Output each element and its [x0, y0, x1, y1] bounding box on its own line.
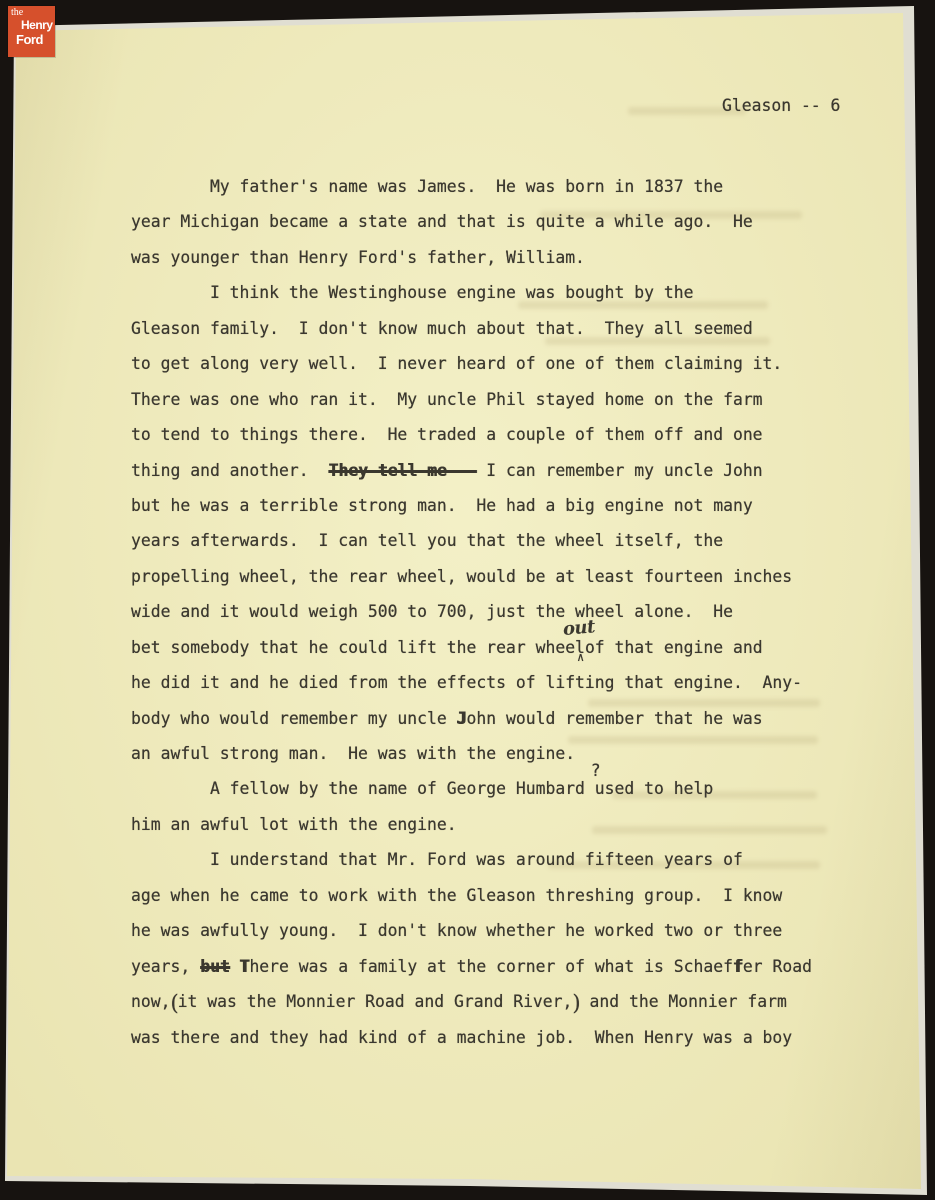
typed-text: propelling wheel, the rear wheel, would … — [131, 567, 792, 586]
typed-line: years, but There was a family at the cor… — [131, 949, 831, 984]
typed-line: he did it and he died from the effects o… — [131, 665, 831, 700]
typed-text: to get along very well. I never heard of… — [131, 354, 782, 373]
typed-line: age when he came to work with the Gleaso… — [131, 878, 831, 913]
typed-text: body who would remember my uncle — [131, 709, 457, 728]
typed-line: My father's name was James. He was born … — [131, 169, 831, 204]
typed-text: to tend to things there. He traded a cou… — [131, 425, 763, 444]
typed-text: ohn would remember that he was — [467, 709, 763, 728]
handwritten-paren: ) — [572, 991, 579, 1015]
page-header: Gleason -- 6 — [722, 96, 840, 115]
typed-text: wide and it would weigh 500 to 700, just… — [131, 602, 733, 621]
typed-text: A fellow by the name of George Humbard — [131, 779, 595, 798]
henry-ford-logo: the Henry Ford — [8, 6, 55, 57]
typed-text: he did it and he died from the effects o… — [131, 673, 802, 692]
typed-line: There was one who ran it. My uncle Phil … — [131, 382, 831, 417]
typed-text: now, — [131, 992, 170, 1011]
typed-line: but he was a terrible strong man. He had… — [131, 488, 831, 523]
typed-text: was younger than Henry Ford's father, Wi… — [131, 248, 585, 267]
typed-text: of that engine and — [585, 638, 763, 657]
typed-line: thing and another. They tell me -- I can… — [131, 453, 831, 488]
typed-line: was there and they had kind of a machine… — [131, 1020, 831, 1055]
typed-text: he was awfully young. I don't know wheth… — [131, 921, 782, 940]
typed-text: thing and another. — [131, 461, 328, 480]
typed-text: it was the Monnier Road and Grand River, — [178, 992, 573, 1011]
typed-line: year Michigan became a state and that is… — [131, 204, 831, 239]
logo-text-the: the — [11, 7, 23, 18]
typed-line: bet somebody that he could lift the rear… — [131, 630, 831, 665]
logo-text-henry: Henry — [21, 18, 53, 32]
overstruck-char: T — [240, 957, 250, 976]
typed-text: and the Monnier farm — [580, 992, 787, 1011]
struck-text: but — [200, 957, 230, 976]
typed-text: an awful strong man. He was with the eng… — [131, 744, 575, 763]
typed-line: propelling wheel, the rear wheel, would … — [131, 559, 831, 594]
typed-line: to tend to things there. He traded a cou… — [131, 417, 831, 452]
overstruck-char: J — [457, 709, 467, 728]
typed-text: My father's name was James. He was born … — [131, 177, 723, 196]
typescript-body: My father's name was James. He was born … — [131, 169, 831, 1055]
typed-text: year Michigan became a state and that is… — [131, 212, 753, 231]
document-page: Gleason -- 6 My father's name was James.… — [0, 0, 935, 1200]
typed-line: an awful strong man. He was with the eng… — [131, 736, 831, 771]
typed-line: now,(it was the Monnier Road and Grand R… — [131, 984, 831, 1019]
typed-text: him an awful lot with the engine. — [131, 815, 457, 834]
typed-text: er Road — [743, 957, 812, 976]
typed-text — [230, 957, 240, 976]
typed-text: I think the Westinghouse engine was boug… — [131, 283, 693, 302]
typed-line: I understand that Mr. Ford was around fi… — [131, 842, 831, 877]
struck-text: They tell me -- — [328, 461, 476, 480]
typed-line: body who would remember my uncle John wo… — [131, 701, 831, 736]
typed-text: but he was a terrible strong man. He had… — [131, 496, 753, 515]
typed-text: years, — [131, 957, 200, 976]
typed-text: Gleason family. I don't know much about … — [131, 319, 753, 338]
overstruck-char: f — [733, 957, 743, 976]
typed-text: age when he came to work with the Gleaso… — [131, 886, 782, 905]
typed-line: years afterwards. I can tell you that th… — [131, 523, 831, 558]
typed-line: him an awful lot with the engine. — [131, 807, 831, 842]
logo-text-ford: Ford — [16, 32, 43, 47]
typed-line: Gleason family. I don't know much about … — [131, 311, 831, 346]
typed-line: A fellow by the name of George Humbard ?… — [131, 771, 831, 806]
typed-text: used to help — [595, 779, 713, 798]
typed-text: was there and they had kind of a machine… — [131, 1028, 792, 1047]
typed-text: I can remember my uncle John — [476, 461, 762, 480]
handwritten-paren: ( — [170, 991, 177, 1015]
typed-line: I think the Westinghouse engine was boug… — [131, 275, 831, 310]
typed-line: he was awfully young. I don't know wheth… — [131, 913, 831, 948]
typed-line: was younger than Henry Ford's father, Wi… — [131, 240, 831, 275]
typed-line: wide and it would weigh 500 to 700, just… — [131, 594, 831, 629]
typed-line: to get along very well. I never heard of… — [131, 346, 831, 381]
typed-text: bet somebody that he could lift the rear… — [131, 638, 585, 657]
typed-text: I understand that Mr. Ford was around fi… — [131, 850, 743, 869]
typed-text: here was a family at the corner of what … — [249, 957, 733, 976]
typed-text: years afterwards. I can tell you that th… — [131, 531, 723, 550]
typed-text: There was one who ran it. My uncle Phil … — [131, 390, 763, 409]
